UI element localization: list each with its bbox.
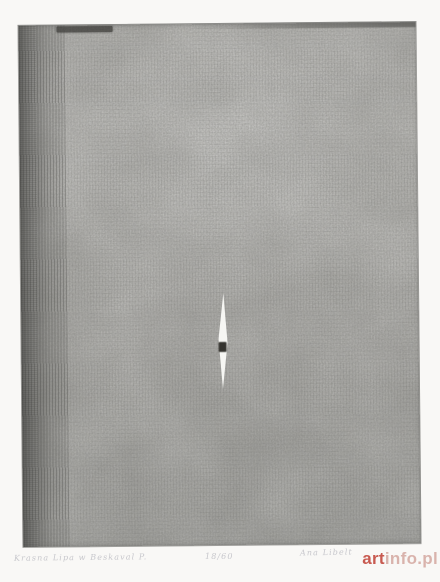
- etching-lines: [19, 22, 421, 547]
- title-inscription: Krasna Lipa w Beskaval P.: [14, 552, 147, 562]
- watermark-infopl-text: info.pl: [385, 549, 438, 568]
- dark-dot-motif: [219, 342, 227, 352]
- artist-signature: Ana Libelt: [300, 547, 353, 557]
- artinfo-watermark: artinfo.pl: [362, 549, 438, 569]
- scanned-artwork-page: Krasna Lipa w Beskaval P. 18/60 Ana Libe…: [0, 0, 440, 582]
- print-plate: [17, 21, 421, 548]
- edition-number: 18/60: [205, 552, 234, 561]
- watermark-art-text: art: [362, 549, 385, 568]
